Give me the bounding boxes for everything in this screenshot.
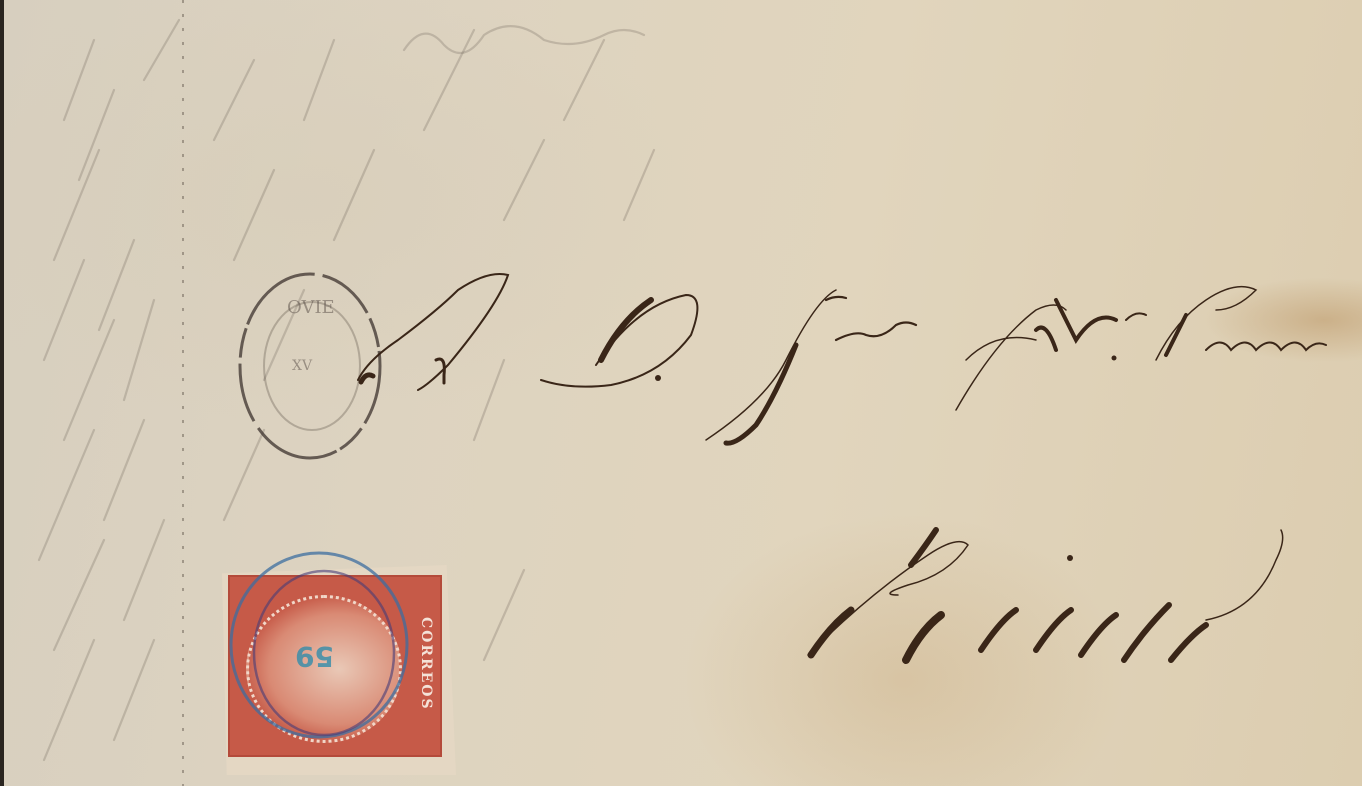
letter-cover: OVIE XV CORREOS 59	[4, 0, 1362, 786]
handwritten-address	[4, 0, 1362, 786]
